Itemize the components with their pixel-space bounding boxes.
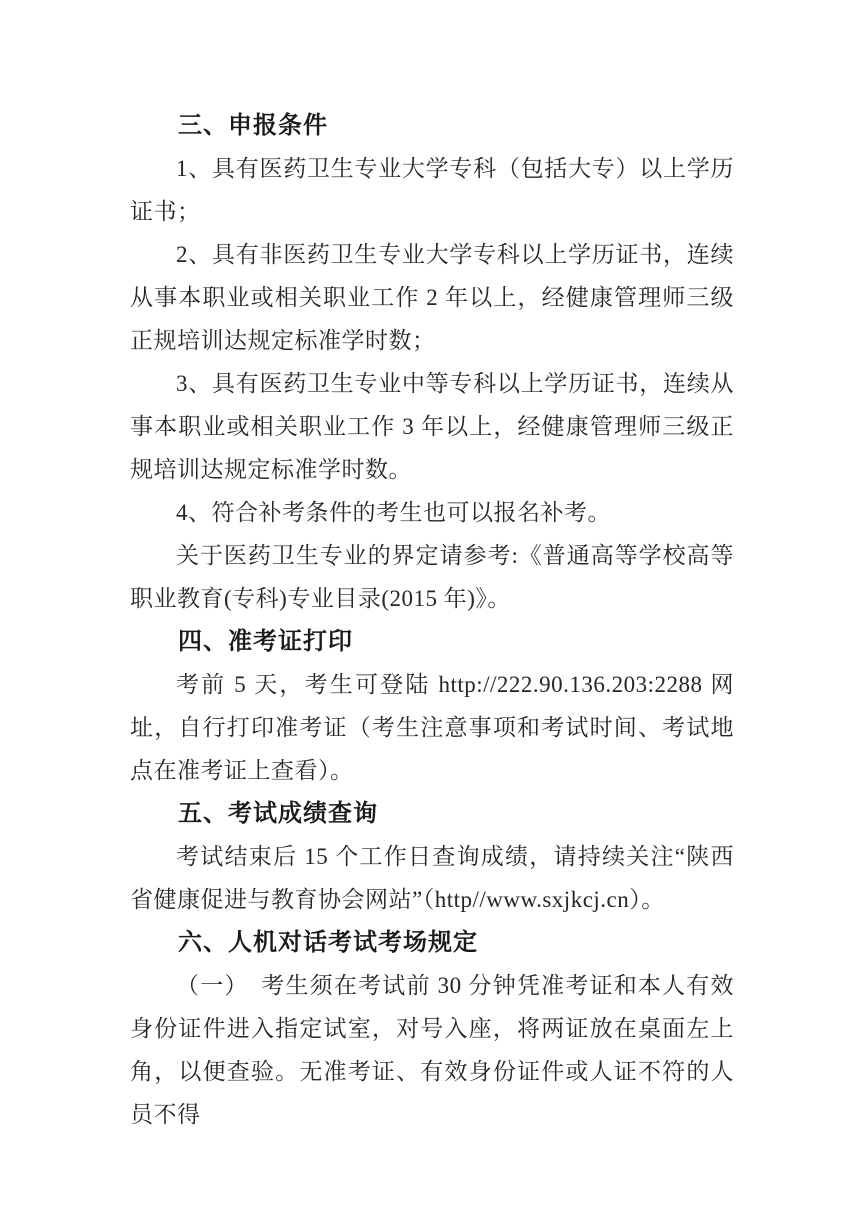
- heading-exam-score-inquiry: 五、考试成绩查询: [130, 792, 734, 835]
- heading-exam-room-rules: 六、人机对话考试考场规定: [130, 921, 734, 964]
- para-condition-1: 1、具有医药卫生专业大学专科（包括大专）以上学历证书；: [130, 147, 734, 233]
- document-page: 三、申报条件 1、具有医药卫生专业大学专科（包括大专）以上学历证书； 2、具有非…: [0, 0, 860, 1216]
- para-major-definition-note: 关于医药卫生专业的界定请参考:《普通高等学校高等职业教育(专科)专业目录(201…: [130, 534, 734, 620]
- heading-application-conditions: 三、申报条件: [130, 104, 734, 147]
- para-admission-ticket-info: 考前 5 天，考生可登陆 http://222.90.136.203:2288 …: [130, 663, 734, 792]
- para-condition-4-makeup-exam: 4、符合补考条件的考生也可以报名补考。: [130, 491, 734, 534]
- para-condition-3: 3、具有医药卫生专业中等专科以上学历证书，连续从事本职业或相关职业工作 3 年以…: [130, 362, 734, 491]
- para-exam-room-rule-1: （一） 考生须在考试前 30 分钟凭准考证和本人有效身份证件进入指定试室，对号入…: [130, 964, 734, 1136]
- para-score-inquiry-info: 考试结束后 15 个工作日查询成绩，请持续关注“陕西省健康促进与教育协会网站”（…: [130, 835, 734, 921]
- para-condition-2: 2、具有非医药卫生专业大学专科以上学历证书，连续从事本职业或相关职业工作 2 年…: [130, 233, 734, 362]
- heading-admission-ticket-printing: 四、准考证打印: [130, 620, 734, 663]
